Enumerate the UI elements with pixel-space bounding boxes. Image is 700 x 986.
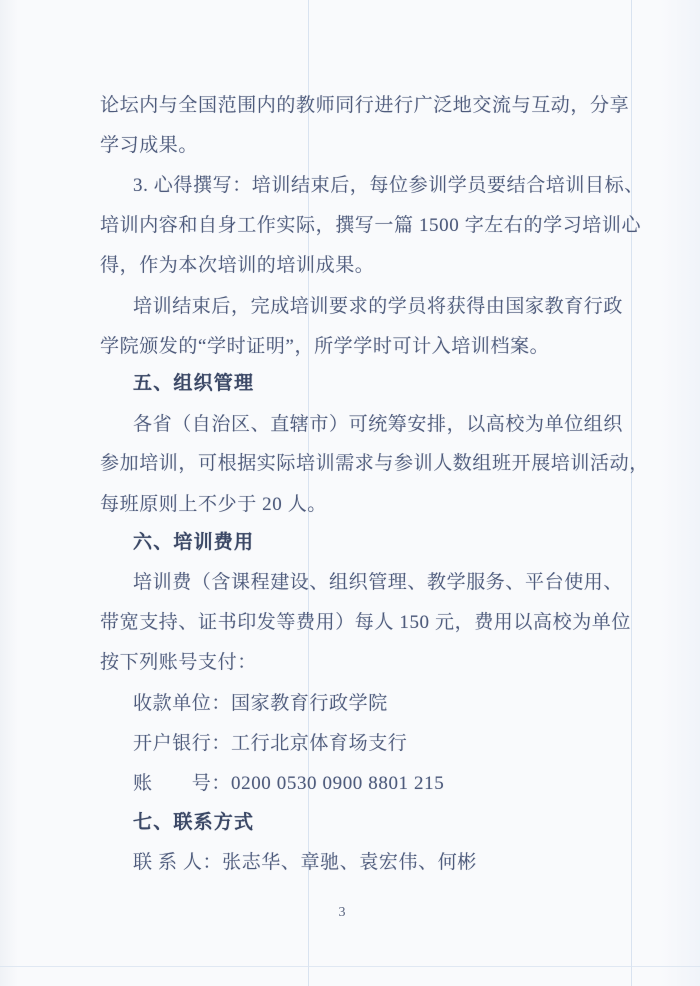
bank-line: 开户银行：工行北京体育场支行 <box>133 728 407 752</box>
body-line: 带宽支持、证书印发等费用）每人 150 元，费用以高校为单位 <box>100 607 631 631</box>
heading-section-6: 六、培训费用 <box>133 527 254 551</box>
body-line: 论坛内与全国范围内的教师同行进行广泛地交流与互动，分享 <box>100 90 629 114</box>
body-line: 参加培训，可根据实际培训需求与参训人数组班开展培训活动， <box>100 448 649 472</box>
heading-section-7: 七、联系方式 <box>133 807 254 831</box>
account-number-line: 账 号：0200 0530 0900 8801 215 <box>133 768 444 792</box>
body-line: 培训内容和自身工作实际，撰写一篇 1500 字左右的学习培训心 <box>100 210 641 234</box>
body-line: 各省（自治区、直辖市）可统筹安排，以高校为单位组织 <box>133 409 623 433</box>
body-line: 得，作为本次培训的培训成果。 <box>100 250 374 274</box>
body-line: 学习成果。 <box>100 130 198 154</box>
page-number: 3 <box>330 905 354 921</box>
contacts-line: 联 系 人：张志华、章驰、袁宏伟、何彬 <box>133 847 477 871</box>
body-line: 培训费（含课程建设、组织管理、教学服务、平台使用、 <box>133 567 623 591</box>
body-line: 培训结束后，完成培训要求的学员将获得由国家教育行政 <box>133 291 623 315</box>
body-line: 每班原则上不少于 20 人。 <box>100 489 327 513</box>
heading-section-5: 五、组织管理 <box>133 368 254 392</box>
body-line: 学院颁发的“学时证明”，所学学时可计入培训档案。 <box>100 331 549 355</box>
scan-fold-line-right <box>631 0 632 986</box>
body-line: 按下列账号支付： <box>100 647 257 671</box>
payee-line: 收款单位：国家教育行政学院 <box>133 688 388 712</box>
body-line: 3. 心得撰写：培训结束后，每位参训学员要结合培训目标、 <box>133 170 644 194</box>
scan-fold-line-bottom <box>0 966 700 967</box>
scanned-document-page: 论坛内与全国范围内的教师同行进行广泛地交流与互动，分享 学习成果。 3. 心得撰… <box>0 0 700 986</box>
